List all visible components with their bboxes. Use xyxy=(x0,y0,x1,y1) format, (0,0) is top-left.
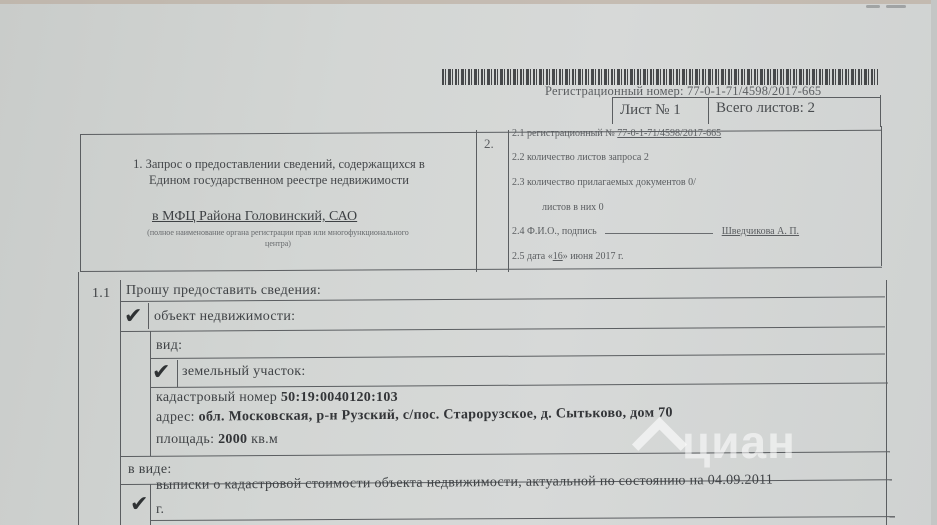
request-label: Прошу предоставить сведения: xyxy=(126,283,321,299)
item-2-3: 2.3 количество прилагаемых документов 0/ xyxy=(512,177,696,188)
organization-name: в МФЦ Района Головинский, САО xyxy=(152,209,357,225)
item-2-3-sheets-value: 0 xyxy=(599,202,604,213)
item-2-1-value: 77-0-1-71/4598/2017-665 xyxy=(617,128,721,139)
land-plot-label: земельный участок: xyxy=(182,364,306,380)
item-2-2-value: 2 xyxy=(644,152,649,163)
item-2-5-day: 16 xyxy=(553,251,563,262)
barcode xyxy=(442,69,878,85)
watermark-logo-icon xyxy=(632,417,687,472)
object-label: объект недвижимости: xyxy=(154,309,295,325)
form-label: в виде: xyxy=(128,462,172,478)
address-value: обл. Московская, р-н Рузский, с/пос. Ста… xyxy=(199,405,673,424)
sheet-number: Лист № 1 xyxy=(620,102,681,119)
area-value: 2000 xyxy=(218,432,247,447)
item-2-5: 2.5 дата «16» июня 2017 г. xyxy=(512,251,623,262)
item-2-4: 2.4 Ф.И.О., подпись Шведчикова А. П. xyxy=(512,226,799,237)
item-2-1-label: 2.1 регистрационный № xyxy=(512,128,615,139)
item-2-1: 2.1 регистрационный № 77-0-1-71/4598/201… xyxy=(512,128,721,139)
area-label: площадь: xyxy=(156,432,214,447)
checkmark-icon: ✔ xyxy=(152,360,170,385)
cadastral-number: кадастровый номер 50:19:0040120:103 xyxy=(156,390,398,406)
kind-label: вид: xyxy=(156,338,182,354)
section1-title-line1: 1. Запрос о предоставлении сведений, сод… xyxy=(84,156,474,172)
item-2-3-label: 2.3 количество прилагаемых документов xyxy=(512,177,686,188)
cadastral-label: кадастровый номер xyxy=(156,390,277,405)
watermark: циан xyxy=(682,415,796,469)
address-label: адрес: xyxy=(156,410,195,425)
ink-smudge xyxy=(886,5,906,8)
paper-edge xyxy=(0,0,937,4)
address: адрес: обл. Московская, р-н Рузский, с/п… xyxy=(156,405,673,426)
item-2-3-sheets-label: листов в них xyxy=(542,202,596,213)
item-2-2: 2.2 количество листов запроса 2 xyxy=(512,152,649,163)
section2-number: 2. xyxy=(484,136,494,152)
section1-title-line2: Едином государственном реестре недвижимо… xyxy=(84,172,474,188)
organization-note: (полное наименование органа регистрации … xyxy=(88,227,468,238)
extract-text-2: г. xyxy=(156,502,164,518)
organization-note-2: центра) xyxy=(88,238,468,249)
item-2-4-value: Шведчикова А. П. xyxy=(722,226,799,237)
item-2-5-label: 2.5 дата « xyxy=(512,251,553,262)
area-unit: кв.м xyxy=(251,432,278,447)
item-2-3-value: 0/ xyxy=(688,177,696,188)
sheets-total: Всего листов: 2 xyxy=(716,100,815,117)
item-2-3-sheets: листов в них 0 xyxy=(542,202,604,213)
ink-smudge xyxy=(866,5,880,8)
extract-text: выписки о кадастровой стоимости объекта … xyxy=(156,473,773,494)
item-2-2-label: 2.2 количество листов запроса xyxy=(512,152,641,163)
area: площадь: 2000 кв.м xyxy=(156,432,278,448)
item-2-5-rest: » июня 2017 г. xyxy=(563,251,624,262)
checkmark-icon: ✔ xyxy=(130,492,148,517)
signature-line xyxy=(605,233,713,234)
item-2-4-label: 2.4 Ф.И.О., подпись xyxy=(512,226,597,237)
paper-edge-right xyxy=(931,0,937,525)
row-number: 1.1 xyxy=(92,286,110,302)
checkmark-icon: ✔ xyxy=(124,304,142,329)
cadastral-value: 50:19:0040120:103 xyxy=(281,390,398,405)
